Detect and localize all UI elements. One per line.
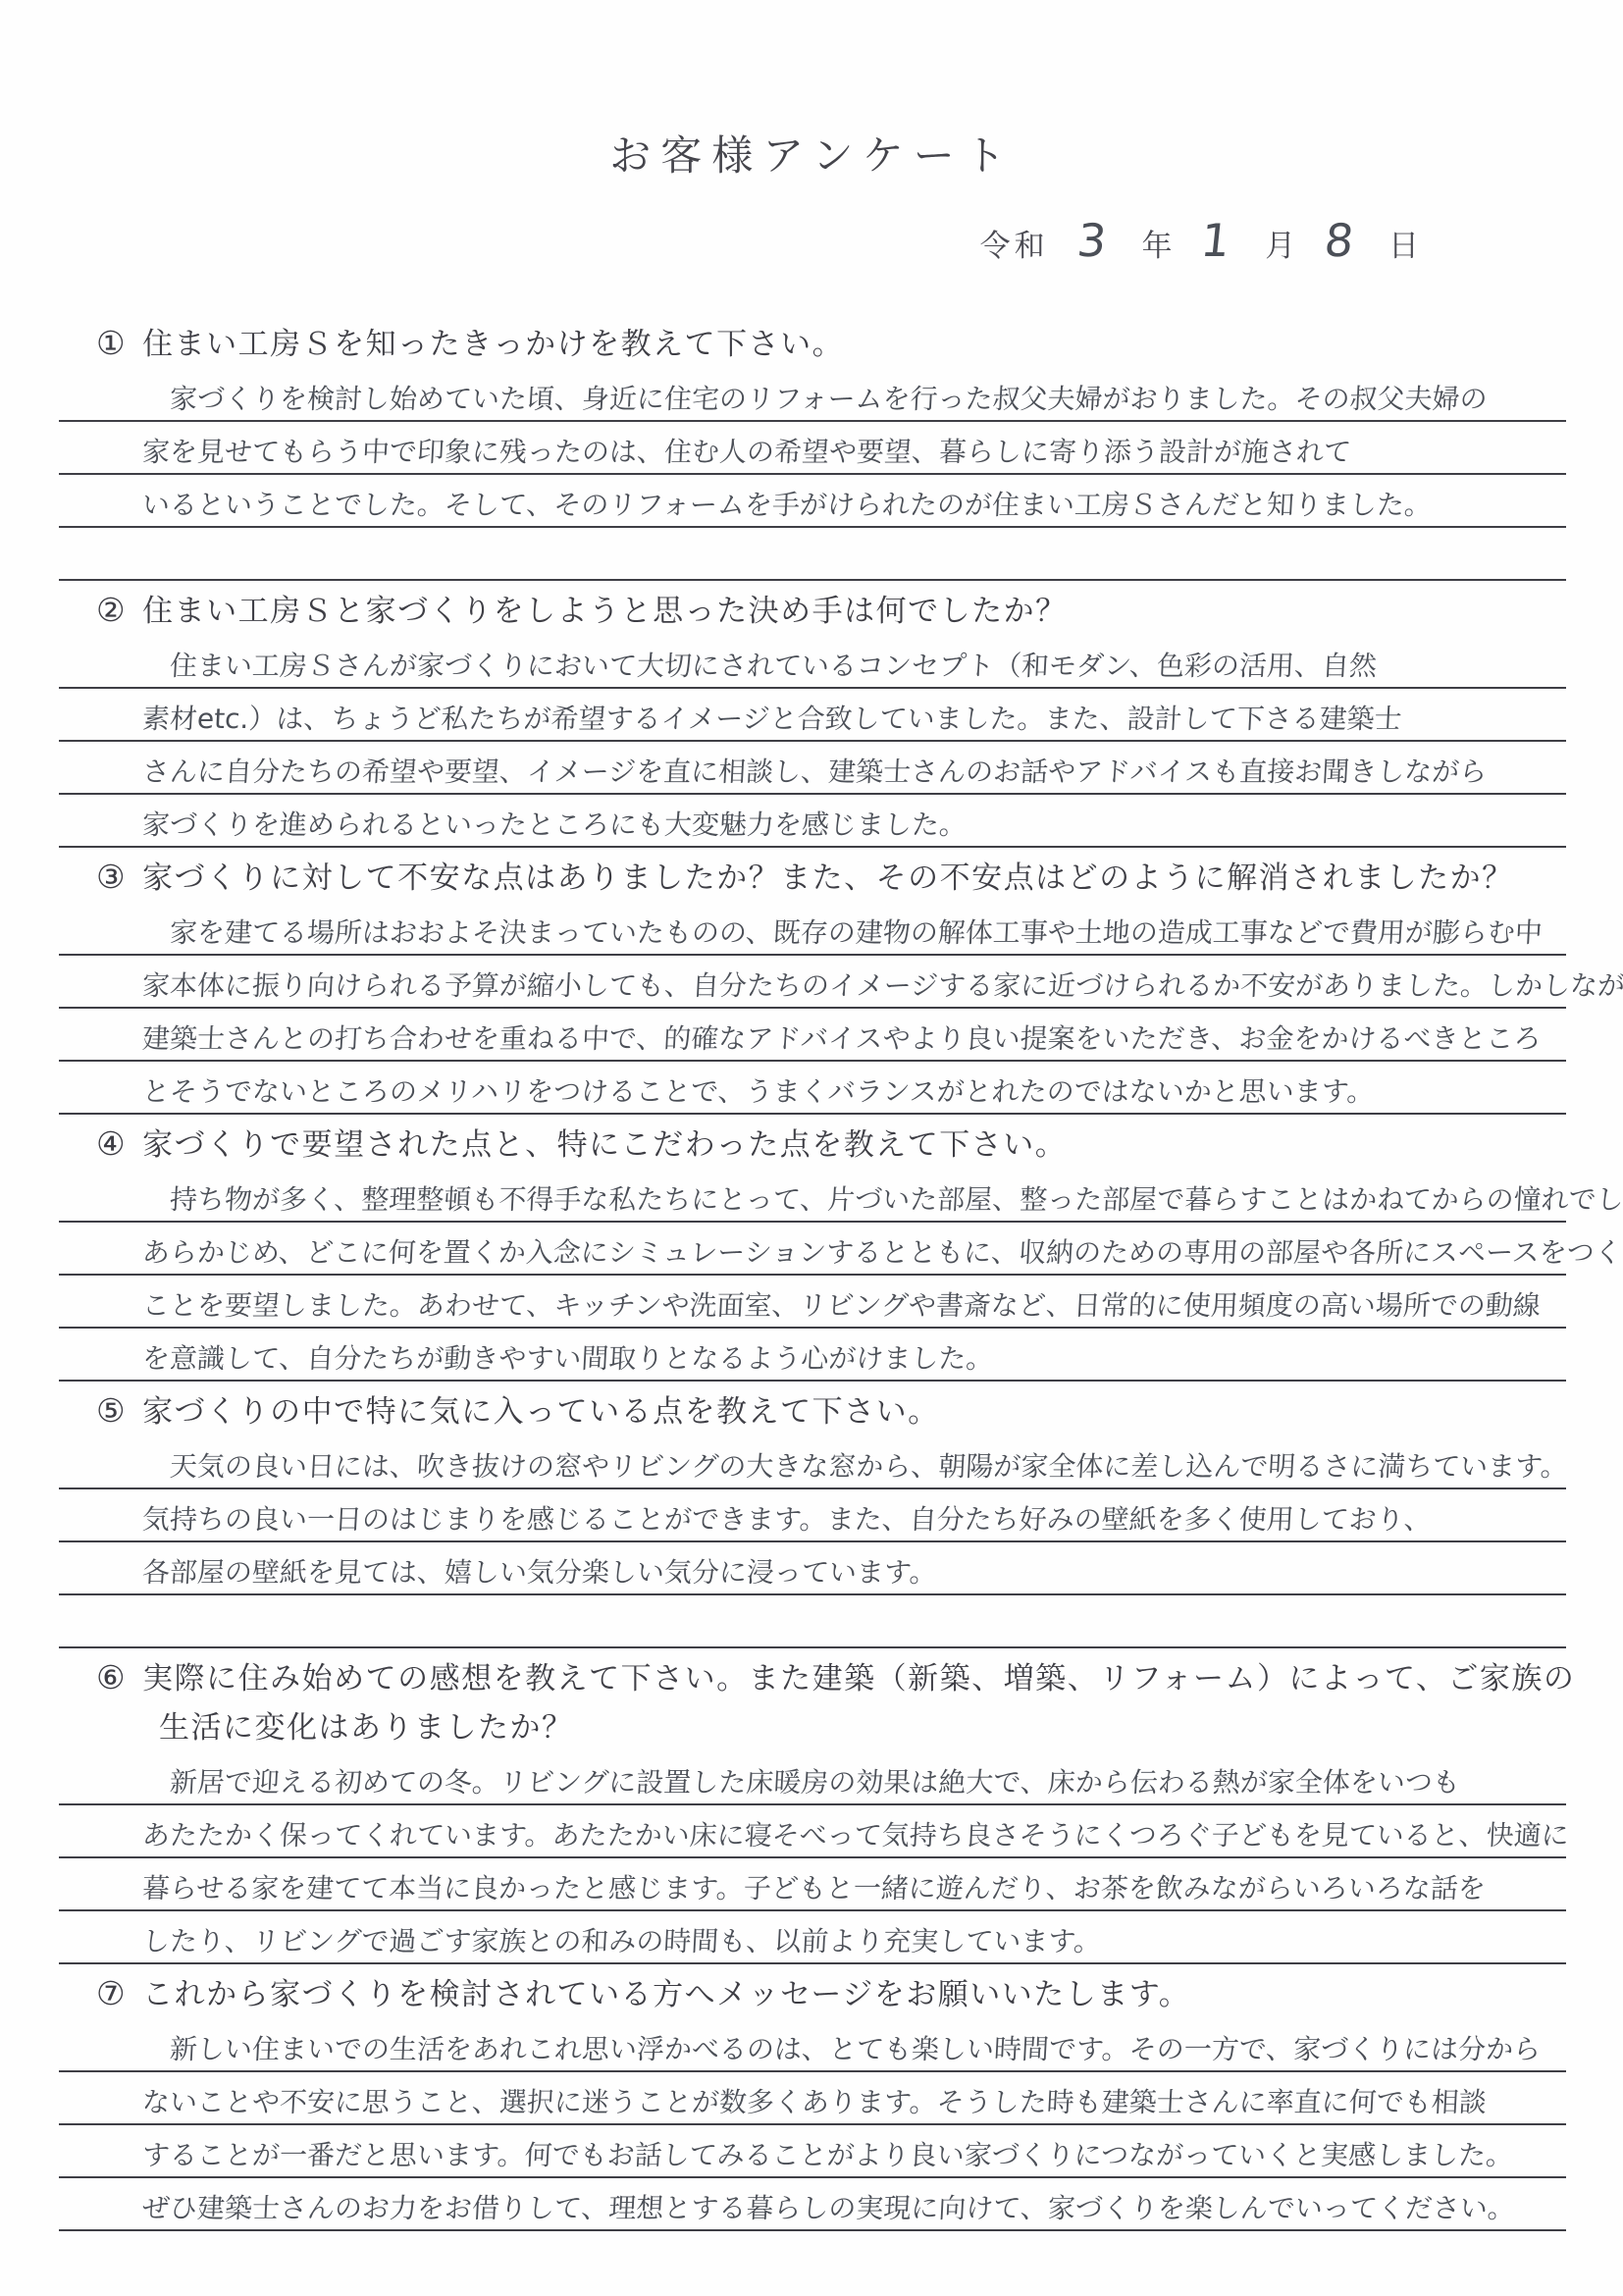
answer-ruled-line: [59, 528, 1566, 581]
question-text: 住まい工房Ｓと家づくりをしようと思った決め手は何でしたか？: [142, 594, 1068, 628]
question-text-line: ①住まい工房Ｓを知ったきっかけを教えて下さい。: [59, 320, 1566, 369]
question-text-line: ③家づくりに対して不安な点はありましたか？また、その不安点はどのように解消されま…: [59, 854, 1566, 903]
handwritten-answer-text: あらかじめ、どこに何を置くか入念にシミュレーションするとともに、収納のための専用…: [141, 1231, 1623, 1271]
question-number: ⑥: [96, 1661, 127, 1696]
handwritten-answer-text: 住まい工房Ｓさんが家づくりにおいて大切にされているコンセプト（和モダン、色彩の活…: [169, 645, 1378, 684]
handwritten-answer-text: 暮らせる家を建てて本当に良かったと感じます。子どもと一緒に遊んだり、お茶を飲みな…: [141, 1867, 1487, 1906]
answer-ruled-line: 家を建てる場所はおおよそ決まっていたものの、既存の建物の解体工事や土地の造成工事…: [59, 903, 1566, 956]
handwritten-answer-text: 新居で迎える初めての冬。リビングに設置した床暖房の効果は絶大で、床から伝わる熱が…: [169, 1761, 1461, 1800]
handwritten-answer-text: ないことや不安に思うこと、選択に迷うことが数多くあります。そうした時も建築士さん…: [141, 2081, 1488, 2120]
handwritten-answer-text: さんに自分たちの希望や要望、イメージを直に相談し、建築士さんのお話やアドバイスも…: [141, 751, 1488, 790]
answer-ruled-line: 家づくりを検討し始めていた頃、身近に住宅のリフォームを行った叔父夫婦がおりました…: [59, 369, 1566, 422]
answer-ruled-line: あたたかく保ってくれています。あたたかい床に寝そべって気持ち良さそうにくつろぐ子…: [59, 1805, 1566, 1858]
day-value-handwritten: 8: [1322, 210, 1357, 271]
answer-ruled-line: とそうでないところのメリハリをつけることで、うまくバランスがとれたのではないかと…: [59, 1062, 1566, 1115]
answer-ruled-line: 気持ちの良い一日のはじまりを感じることができます。また、自分たち好みの壁紙を多く…: [59, 1489, 1566, 1542]
question-block: ⑦これから家づくりを検討されている方へメッセージをお願いいたします。新しい住まい…: [59, 1970, 1566, 2231]
survey-page: お客様アンケート 令和 3 年 1 月 8 日 ①住まい工房Ｓを知ったきっかけを…: [0, 0, 1623, 2296]
question-number: ④: [96, 1127, 127, 1163]
question-block: ①住まい工房Ｓを知ったきっかけを教えて下さい。家づくりを検討し始めていた頃、身近…: [59, 320, 1566, 581]
month-label: 月: [1265, 229, 1295, 263]
answer-ruled-line: を意識して、自分たちが動きやすい間取りとなるよう心がけました。: [59, 1329, 1566, 1382]
handwritten-answer-text: 家本体に振り向けられる予算が縮小しても、自分たちのイメージする家に近づけられるか…: [141, 965, 1623, 1004]
question-number: ③: [96, 861, 127, 896]
handwritten-answer-text: 家づくりを進められるといったところにも大変魅力を感じました。: [141, 804, 968, 843]
answer-ruled-line: 暮らせる家を建てて本当に良かったと感じます。子どもと一緒に遊んだり、お茶を飲みな…: [59, 1858, 1566, 1911]
question-text: 家づくりの中で特に気に入っている点を教えて下さい。: [142, 1394, 940, 1429]
handwritten-answer-text: を意識して、自分たちが動きやすい間取りとなるよう心がけました。: [141, 1337, 995, 1377]
question-block: ③家づくりに対して不安な点はありましたか？また、その不安点はどのように解消されま…: [59, 854, 1566, 1115]
question-text: 家づくりに対して不安な点はありましたか？また、その不安点はどのように解消されまし…: [142, 861, 1514, 895]
answer-ruled-line: あらかじめ、どこに何を置くか入念にシミュレーションするとともに、収納のための専用…: [59, 1223, 1566, 1276]
question-text-line: ⑤家づくりの中で特に気に入っている点を教えて下さい。: [59, 1387, 1566, 1436]
handwritten-answer-text: 家を見せてもらう中で印象に残ったのは、住む人の希望や要望、暮らしに寄り添う設計が…: [141, 431, 1352, 470]
question-number: ⑦: [96, 1977, 127, 2012]
question-block: ⑤家づくりの中で特に気に入っている点を教えて下さい。天気の良い日には、吹き抜けの…: [59, 1387, 1566, 1648]
question-text-line-2: 生活に変化はありましたか？: [59, 1703, 1566, 1752]
answer-ruled-line: さんに自分たちの希望や要望、イメージを直に相談し、建築士さんのお話やアドバイスも…: [59, 742, 1566, 795]
questions-list: ①住まい工房Ｓを知ったきっかけを教えて下さい。家づくりを検討し始めていた頃、身近…: [59, 320, 1566, 2231]
handwritten-answer-text: いるということでした。そして、そのリフォームを手がけられたのが住まい工房Ｓさんだ…: [141, 484, 1433, 523]
handwritten-answer-text: 家づくりを検討し始めていた頃、身近に住宅のリフォームを行った叔父夫婦がおりました…: [169, 378, 1489, 417]
handwritten-answer-text: ぜひ建築士さんのお力をお借りして、理想とする暮らしの実現に向けて、家づくりを楽し…: [141, 2187, 1516, 2226]
year-label: 年: [1141, 229, 1172, 263]
answer-ruled-line: 持ち物が多く、整理整頓も不得手な私たちにとって、片づいた部屋、整った部屋で暮らす…: [59, 1170, 1566, 1223]
question-block: ⑥実際に住み始めての感想を教えて下さい。また建築（新築、増築、リフォーム）によっ…: [59, 1654, 1566, 1964]
answer-ruled-line: いるということでした。そして、そのリフォームを手がけられたのが住まい工房Ｓさんだ…: [59, 475, 1566, 528]
question-text: 家づくりで要望された点と、特にこだわった点を教えて下さい。: [142, 1127, 1067, 1162]
month-value-handwritten: 1: [1198, 210, 1233, 271]
handwritten-answer-text: ことを要望しました。あわせて、キッチンや洗面室、リビングや書斎など、日常的に使用…: [141, 1284, 1542, 1324]
answer-ruled-line: 新しい住まいでの生活をあれこれ思い浮かべるのは、とても楽しい時間です。その一方で…: [59, 2019, 1566, 2072]
answer-ruled-line: 各部屋の壁紙を見ては、嬉しい気分楽しい気分に浸っています。: [59, 1542, 1566, 1595]
handwritten-answer-text: とそうでないところのメリハリをつけることで、うまくバランスがとれたのではないかと…: [141, 1070, 1376, 1110]
day-label: 日: [1388, 229, 1419, 263]
handwritten-answer-text: 持ち物が多く、整理整頓も不得手な私たちにとって、片づいた部屋、整った部屋で暮らす…: [169, 1178, 1623, 1218]
question-text-line: ②住まい工房Ｓと家づくりをしようと思った決め手は何でしたか？: [59, 587, 1566, 636]
answer-ruled-line: 家を見せてもらう中で印象に残ったのは、住む人の希望や要望、暮らしに寄り添う設計が…: [59, 422, 1566, 475]
document-title: お客様アンケート: [59, 124, 1566, 183]
answer-ruled-line: 建築士さんとの打ち合わせを重ねる中で、的確なアドバイスやより良い提案をいただき、…: [59, 1009, 1566, 1062]
question-text: これから家づくりを検討されている方へメッセージをお願いいたします。: [142, 1977, 1190, 2011]
question-text-line: ⑦これから家づくりを検討されている方へメッセージをお願いいたします。: [59, 1970, 1566, 2019]
era-label: 令和: [980, 229, 1049, 263]
answer-ruled-line: ぜひ建築士さんのお力をお借りして、理想とする暮らしの実現に向けて、家づくりを楽し…: [59, 2178, 1566, 2231]
question-text: 住まい工房Ｓを知ったきっかけを教えて下さい。: [142, 327, 844, 361]
question-text-line: ④家づくりで要望された点と、特にこだわった点を教えて下さい。: [59, 1121, 1566, 1170]
handwritten-answer-text: あたたかく保ってくれています。あたたかい床に寝そべって気持ち良さそうにくつろぐ子…: [141, 1814, 1570, 1853]
handwritten-answer-text: 新しい住まいでの生活をあれこれ思い浮かべるのは、とても楽しい時間です。その一方で…: [169, 2028, 1542, 2067]
handwritten-answer-text: 素材etc.）は、ちょうど私たちが希望するイメージと合致していました。また、設計…: [141, 698, 1403, 737]
handwritten-answer-text: 家を建てる場所はおおよそ決まっていたものの、既存の建物の解体工事や土地の造成工事…: [169, 912, 1544, 951]
handwritten-answer-text: 気持ちの良い一日のはじまりを感じることができます。また、自分たち好みの壁紙を多く…: [141, 1498, 1433, 1538]
handwritten-answer-text: 天気の良い日には、吹き抜けの窓やリビングの大きな窓から、朝陽が家全体に差し込んで…: [169, 1445, 1569, 1485]
survey-date: 令和 3 年 1 月 8 日: [59, 210, 1566, 271]
answer-ruled-line: ないことや不安に思うこと、選択に迷うことが数多くあります。そうした時も建築士さん…: [59, 2072, 1566, 2125]
answer-ruled-line: 家本体に振り向けられる予算が縮小しても、自分たちのイメージする家に近づけられるか…: [59, 956, 1566, 1009]
answer-ruled-line: ことを要望しました。あわせて、キッチンや洗面室、リビングや書斎など、日常的に使用…: [59, 1276, 1566, 1329]
question-block: ④家づくりで要望された点と、特にこだわった点を教えて下さい。持ち物が多く、整理整…: [59, 1121, 1566, 1382]
answer-ruled-line: することが一番だと思います。何でもお話してみることがより良い家づくりにつながって…: [59, 2125, 1566, 2178]
answer-ruled-line: したり、リビングで過ごす家族との和みの時間も、以前より充実しています。: [59, 1911, 1566, 1964]
question-number: ①: [96, 327, 127, 362]
question-text-line: ⑥実際に住み始めての感想を教えて下さい。また建築（新築、増築、リフォーム）によっ…: [59, 1654, 1566, 1703]
handwritten-answer-text: 建築士さんとの打ち合わせを重ねる中で、的確なアドバイスやより良い提案をいただき、…: [141, 1018, 1543, 1057]
handwritten-answer-text: することが一番だと思います。何でもお話してみることがより良い家づくりにつながって…: [141, 2134, 1514, 2173]
question-block: ②住まい工房Ｓと家づくりをしようと思った決め手は何でしたか？住まい工房Ｓさんが家…: [59, 587, 1566, 848]
question-number: ⑤: [96, 1394, 127, 1430]
answer-ruled-line: 家づくりを進められるといったところにも大変魅力を感じました。: [59, 795, 1566, 848]
answer-ruled-line: 素材etc.）は、ちょうど私たちが希望するイメージと合致していました。また、設計…: [59, 689, 1566, 742]
handwritten-answer-text: 各部屋の壁紙を見ては、嬉しい気分楽しい気分に浸っています。: [141, 1551, 938, 1591]
question-number: ②: [96, 594, 127, 629]
year-value-handwritten: 3: [1074, 210, 1110, 271]
question-text: 実際に住み始めての感想を教えて下さい。また建築（新築、増築、リフォーム）によって…: [142, 1661, 1575, 1696]
answer-ruled-line: 天気の良い日には、吹き抜けの窓やリビングの大きな窓から、朝陽が家全体に差し込んで…: [59, 1436, 1566, 1489]
answer-ruled-line: 新居で迎える初めての冬。リビングに設置した床暖房の効果は絶大で、床から伝わる熱が…: [59, 1752, 1566, 1805]
handwritten-answer-text: したり、リビングで過ごす家族との和みの時間も、以前より充実しています。: [141, 1920, 1102, 1959]
answer-ruled-line: 住まい工房Ｓさんが家づくりにおいて大切にされているコンセプト（和モダン、色彩の活…: [59, 636, 1566, 689]
answer-ruled-line: [59, 1595, 1566, 1648]
